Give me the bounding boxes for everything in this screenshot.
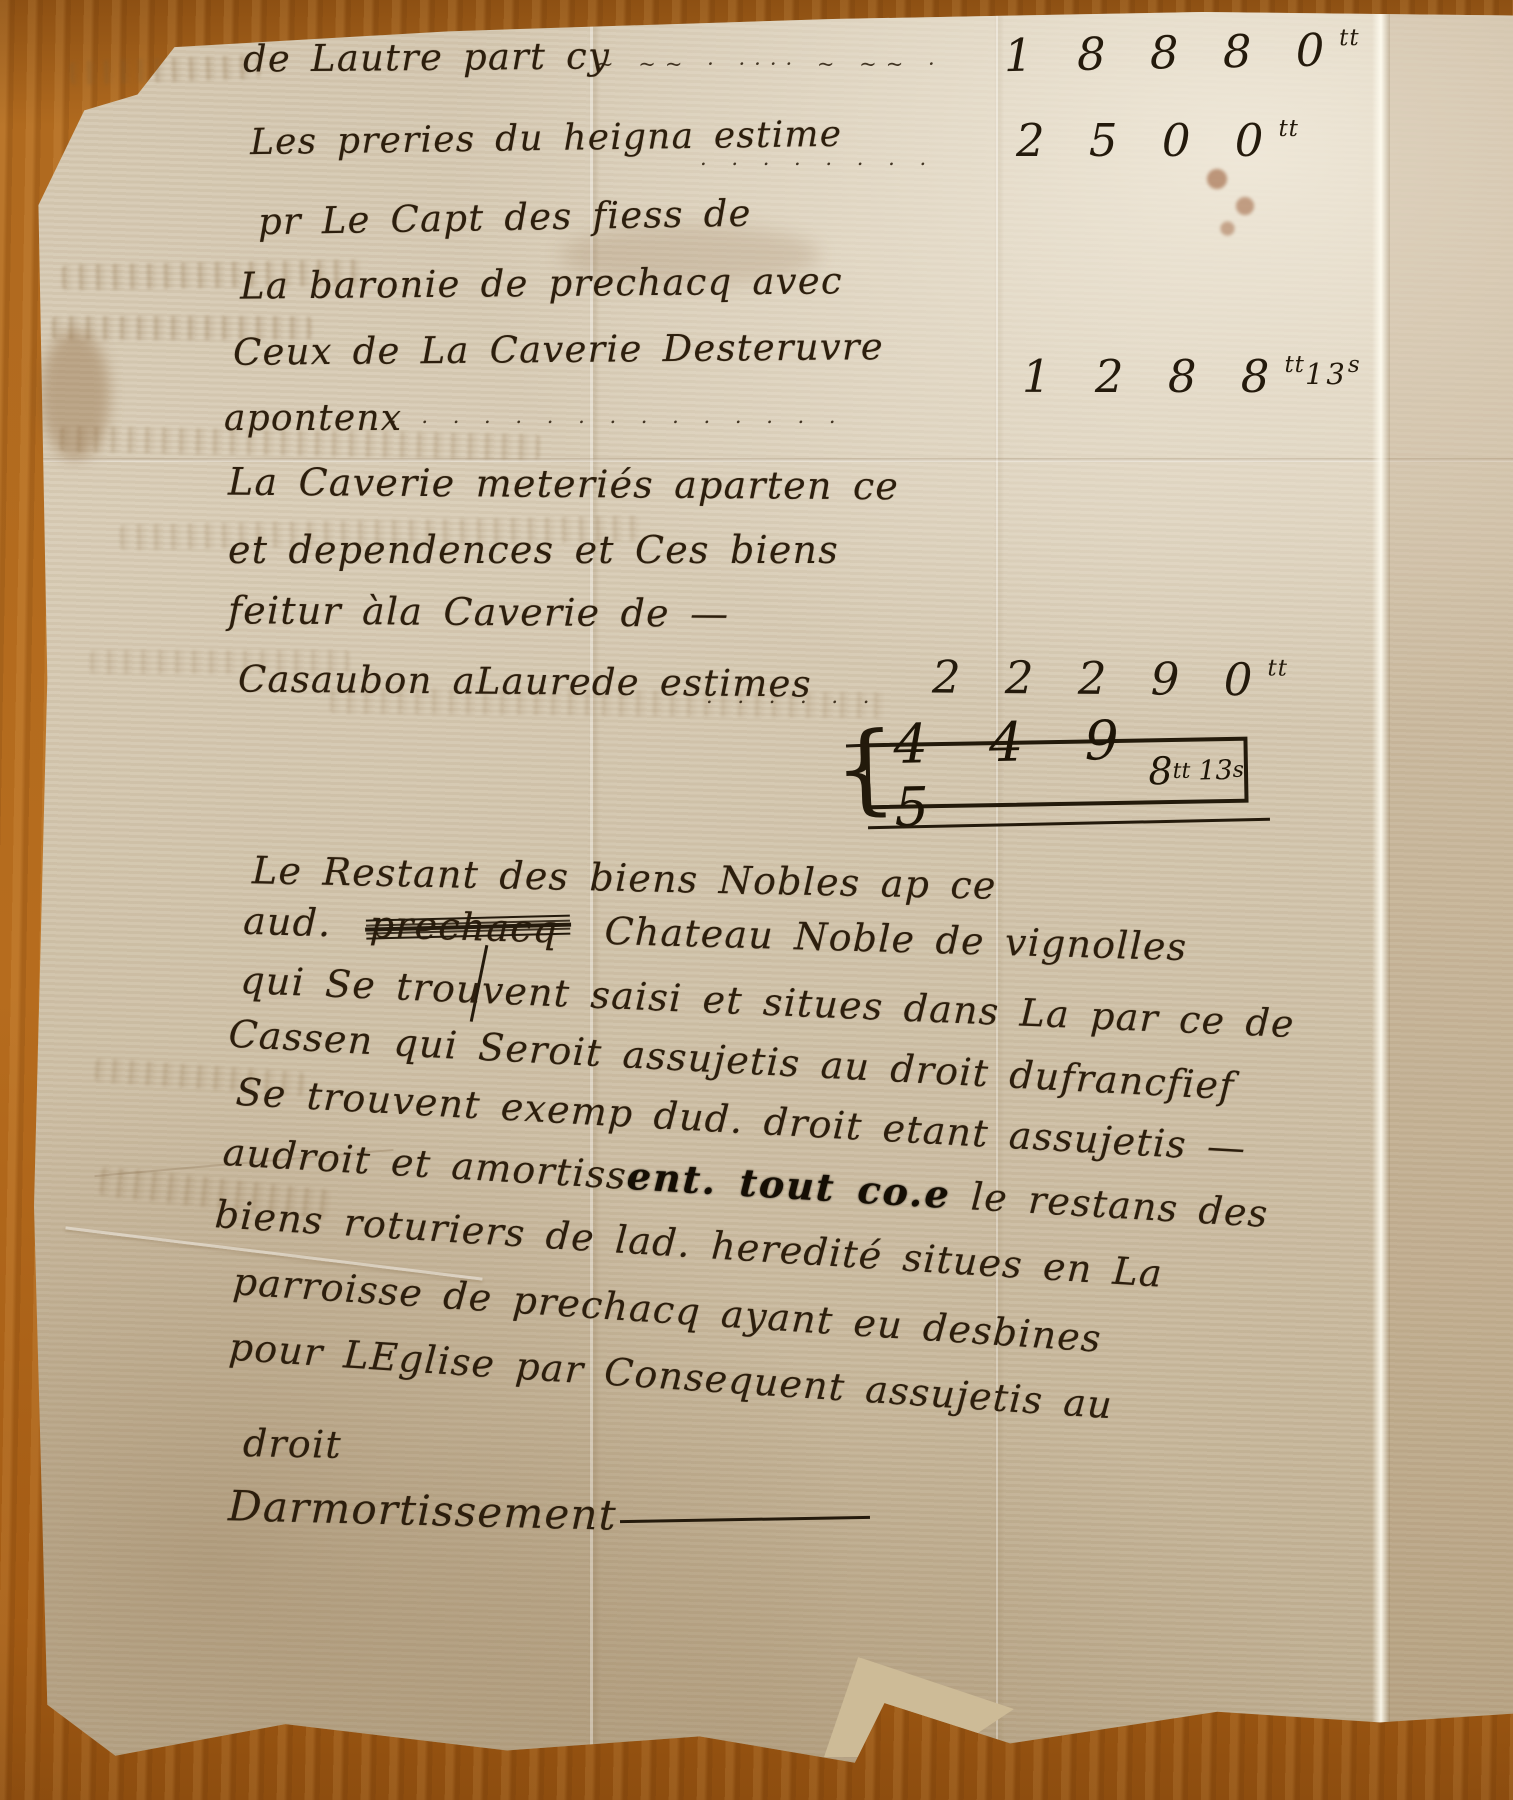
total-digits: 4 4 9 5 <box>893 708 1146 838</box>
dot-leader: . . . . . . . . <box>700 146 935 170</box>
right-fold-seam <box>1372 12 1390 1768</box>
line-text: de Lautre part cy <box>243 34 610 80</box>
manuscript-line: La Caverie meteriés aparten ce <box>228 460 899 509</box>
line-text: droit <box>243 1421 343 1467</box>
line-text: Darmortissement <box>227 1481 617 1539</box>
line-text: feitur àla Caverie de — <box>228 588 730 635</box>
manuscript-line: droit <box>243 1421 343 1467</box>
manuscript-line: Ceux de La Caverie Desteruvre <box>233 325 884 374</box>
stain-mark <box>40 330 110 460</box>
amount-value: 1 8 8 8 0tt <box>1004 23 1361 82</box>
dot-leader: . . . . . . <box>706 684 878 708</box>
manuscript-line: et dependences et Ces biens <box>228 528 839 572</box>
manuscript-line: pr Le Capt des fiess de <box>258 192 752 244</box>
manuscript-line: Darmortissement <box>227 1481 617 1539</box>
line-text: La baronie de prechacq avec <box>240 259 843 307</box>
amount-value: 2 5 0 0tt <box>1016 114 1299 167</box>
line-text: et dependences et Ces biens <box>228 528 839 572</box>
dot-leader: . . . . . . . . . . . . . . . <box>390 404 845 428</box>
manuscript-line: feitur àla Caverie de — <box>228 588 730 635</box>
line-text: apontenx <box>224 398 402 439</box>
line-text: Ceux de La Caverie Desteruvre <box>233 325 884 374</box>
line-text: La Caverie meteriés aparten ce <box>228 460 899 509</box>
manuscript-line: apontenx <box>224 398 402 439</box>
line-text: aud. <box>243 899 333 945</box>
amount-value: 2 2 2 9 0tt <box>932 650 1288 706</box>
dot-leader: ~ ~~ · ···· ~ ~~ · <box>596 52 944 76</box>
right-fold-shadow <box>1390 12 1513 1768</box>
manuscript-line: La baronie de prechacq avec <box>240 259 843 307</box>
struck-word: prechacq <box>369 902 559 951</box>
total-box: 4 4 9 58tt13s <box>865 737 1248 810</box>
line-text: pr Le Capt des fiess de <box>258 192 752 244</box>
document-photo: de Lautre part cy ~ ~~ · ···· ~ ~~ · 1 8… <box>0 0 1513 1800</box>
amount-value: 1 2 8 8tt13s <box>1022 350 1361 403</box>
manuscript-line: de Lautre part cy <box>243 34 610 80</box>
